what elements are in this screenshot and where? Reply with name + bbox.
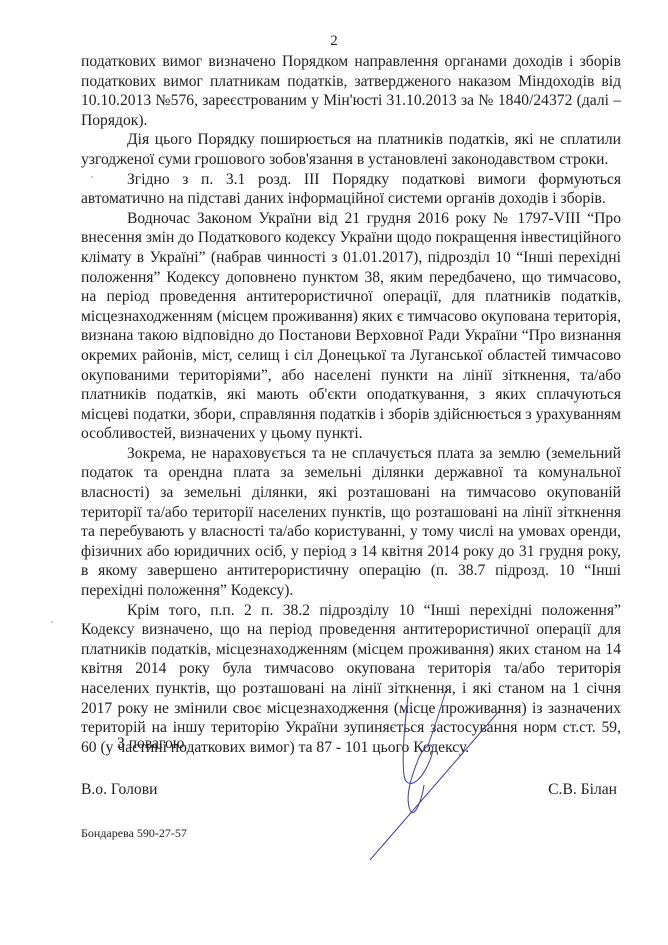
closing-salutation: З повагою [117,735,184,753]
contact-info: Бондарева 590-27-57 [81,826,187,841]
signatory-name: С.В. Білан [548,781,617,799]
letter-body: податкових вимог визначено Порядком напр… [81,52,621,757]
paragraph-3: Згідно з п. 3.1 розд. ІІІ Порядку податк… [81,170,621,209]
scan-speck [91,176,93,178]
paragraph-5: Зокрема, не нараховується та не сплачуєт… [81,444,621,601]
signatory-position: В.о. Голови [81,781,157,799]
document-page: 2 податкових вимог визначено Порядком на… [0,0,668,945]
scan-speck [51,621,53,623]
handwritten-signature-icon [330,690,530,870]
paragraph-4: Водночас Законом України від 21 грудня 2… [81,209,621,444]
paragraph-2: Дія цього Порядку поширюється на платник… [81,130,621,169]
paragraph-1: податкових вимог визначено Порядком напр… [81,52,621,130]
page-number: 2 [0,33,668,50]
